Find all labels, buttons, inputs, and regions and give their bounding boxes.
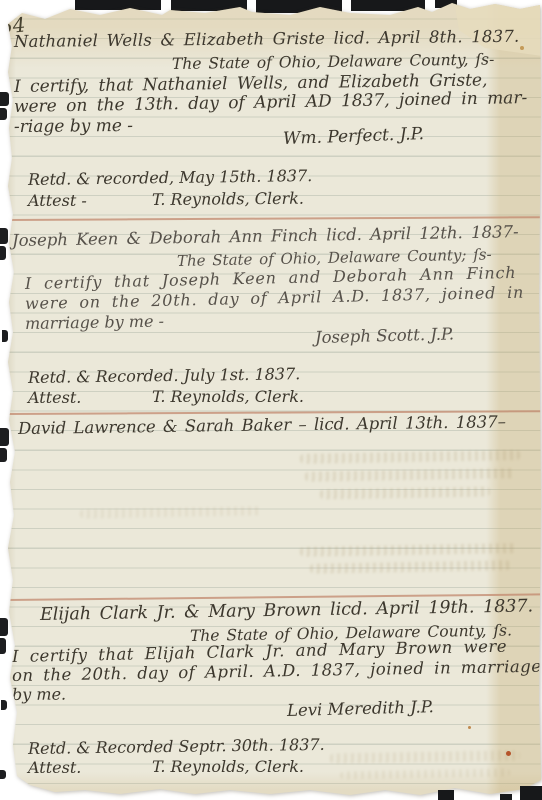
paper-shadow-wrap: 54 Nathaniel Wells & Elizabeth Griste li… (0, 0, 542, 800)
bleed-through (320, 487, 490, 500)
attest-name: T. Reynolds, Clerk. (152, 191, 304, 208)
justice-signature: Wm. Perfect. J.P. (283, 126, 425, 148)
attest-label: Attest - (28, 193, 87, 209)
binding-nub (0, 770, 6, 779)
attest-label: Attest. (28, 760, 81, 776)
scanned-ledger-page: 54 Nathaniel Wells & Elizabeth Griste li… (0, 0, 542, 800)
binding-mark (500, 794, 512, 800)
binding-nub (0, 108, 7, 120)
bleed-through (300, 543, 515, 557)
binding-nub (2, 330, 8, 342)
red-rule-line (8, 216, 541, 220)
attest-label: Attest. (28, 390, 81, 406)
binding-nub (0, 246, 6, 260)
state-line: The State of Ohio, Delaware County, ſs- (172, 52, 495, 72)
record-heading: Nathaniel Wells & Elizabeth Griste licd.… (14, 29, 520, 51)
bleed-through (80, 506, 260, 518)
record-heading: Elijah Clark Jr. & Mary Brown licd. Apri… (40, 598, 533, 624)
recorded-line: Retd. & Recorded Septr. 30th. 1837. (28, 737, 325, 757)
binding-mark (520, 786, 542, 800)
binding-nub (1, 700, 7, 710)
binding-mark (438, 790, 454, 800)
body-line: -riage by me - (14, 118, 133, 136)
foxing-speck (468, 726, 471, 729)
bleed-through (305, 468, 515, 482)
ledger-paper: 54 Nathaniel Wells & Elizabeth Griste li… (0, 0, 542, 800)
recorded-line: Retd. & recorded, May 15th. 1837. (28, 168, 312, 188)
attest-name: T. Reynolds, Clerk. (152, 389, 304, 405)
foxing-speck (506, 751, 511, 756)
bleed-through (330, 750, 520, 763)
body-line: marriage by me - (25, 314, 164, 332)
justice-signature: Levi Meredith J.P. (287, 699, 434, 719)
bleed-through (310, 560, 510, 573)
binding-nub (0, 618, 8, 636)
binding-nub (0, 228, 8, 244)
foxing-speck (520, 46, 524, 50)
attest-name: T. Reynolds, Clerk. (152, 759, 304, 775)
binding-nub (0, 428, 9, 446)
justice-signature: Joseph Scott. J.P. (315, 326, 454, 346)
bleed-through (300, 450, 520, 464)
bleed-through (340, 769, 510, 780)
record-heading: David Lawrence & Sarah Baker – licd. Apr… (18, 414, 506, 437)
binding-nub (0, 448, 7, 462)
binding-nub (0, 638, 6, 654)
body-line: by me. (12, 687, 66, 703)
recorded-line: Retd. & Recorded. July 1st. 1837. (28, 366, 301, 386)
binding-nub (0, 92, 9, 106)
